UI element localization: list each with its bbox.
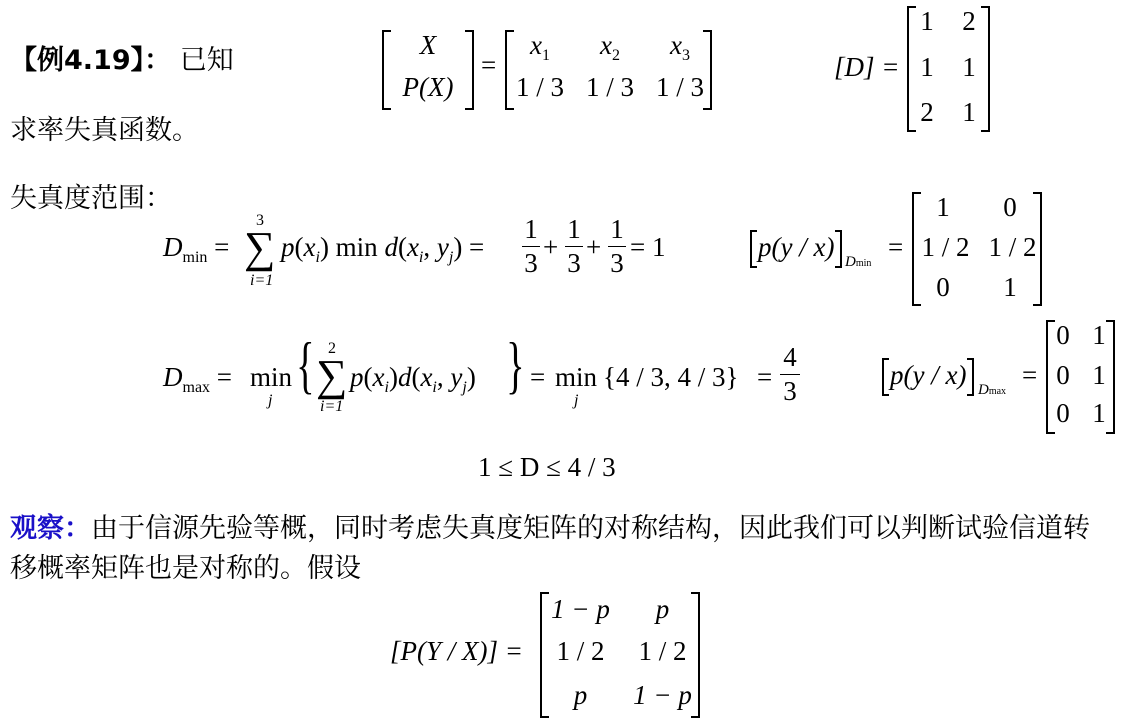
right-bracket bbox=[465, 30, 474, 110]
dmin-body: p(xi) min d(xi, yj) = bbox=[281, 232, 484, 267]
sum-symbol: ∑ bbox=[316, 350, 347, 401]
right-bracket bbox=[1106, 320, 1115, 434]
dmax-lhs: D bbox=[163, 362, 183, 392]
min-sub: j bbox=[268, 392, 272, 410]
sum-lower: i=1 bbox=[250, 272, 273, 290]
range-heading: 失真度范围： bbox=[10, 176, 172, 215]
observation-label: 观察： bbox=[10, 513, 91, 544]
numerator: 4 bbox=[780, 342, 800, 373]
matrix-cell: 1 bbox=[985, 272, 1035, 303]
right-bracket bbox=[1033, 192, 1042, 306]
dmin-result: = 1 bbox=[630, 232, 665, 263]
matrix-sub2: min bbox=[856, 258, 872, 269]
matrix-cell: 0 bbox=[1052, 320, 1074, 351]
matrix-sub: D bbox=[978, 382, 989, 398]
equals-sign: = bbox=[757, 362, 772, 393]
sum-lower: i=1 bbox=[320, 398, 343, 416]
matrix-cell: 0 bbox=[1052, 398, 1074, 429]
denominator: 3 bbox=[780, 376, 800, 407]
matrix-cell: 1 bbox=[954, 52, 984, 83]
matrix-cell: 0 bbox=[918, 272, 968, 303]
task-text: 求率失真函数。 bbox=[10, 108, 199, 147]
matrix-sub: D bbox=[845, 254, 856, 270]
matrix-cell: 1 − p bbox=[548, 594, 613, 625]
numerator: 1 bbox=[608, 214, 626, 245]
dmin-sub: min bbox=[183, 249, 208, 266]
matrix-cell: 1 bbox=[912, 52, 942, 83]
min-sub: j bbox=[574, 392, 578, 410]
fraction: 13 bbox=[522, 214, 540, 279]
matrix-cell: 1 / 2 bbox=[985, 232, 1040, 263]
dmax-sub: max bbox=[183, 379, 211, 396]
fraction: 13 bbox=[608, 214, 626, 279]
symbol-sub: 2 bbox=[612, 47, 620, 64]
plus: + bbox=[586, 232, 601, 263]
result-value: 1 bbox=[652, 232, 666, 262]
denominator: 3 bbox=[608, 248, 626, 279]
matrix-cell: 2 bbox=[954, 6, 984, 37]
symbol-sub: 3 bbox=[682, 47, 690, 64]
example-label: 【例4.19】 bbox=[10, 45, 144, 76]
symbol: x bbox=[670, 30, 682, 60]
matrix-cell: 0 bbox=[1052, 360, 1074, 391]
source-lhs-top: X bbox=[392, 30, 464, 61]
right-bracket bbox=[967, 358, 974, 396]
matrix-cell: 1 bbox=[912, 6, 942, 37]
denominator: 3 bbox=[565, 248, 583, 279]
equals-sign: = bbox=[888, 232, 903, 263]
matrix-cell: 1 bbox=[918, 192, 968, 223]
matrix-cell: 1 − p bbox=[630, 680, 695, 711]
dmax-values: {4 / 3, 4 / 3} bbox=[603, 362, 738, 393]
observation-line2: 移概率矩阵也是对称的。假设 bbox=[10, 546, 361, 585]
left-bracket bbox=[882, 358, 889, 396]
dmin-lhs: D bbox=[163, 232, 183, 262]
observation-line1: 观察：由于信源先验等概，同时考虑失真度矩阵的对称结构，因此我们可以判断试验信道转 bbox=[10, 506, 1090, 545]
matrix-cell: 0 bbox=[985, 192, 1035, 223]
sum-symbol: ∑ bbox=[244, 222, 275, 273]
right-bracket bbox=[835, 230, 842, 268]
matrix-cell: 2 bbox=[912, 97, 942, 128]
numerator: 1 bbox=[522, 214, 540, 245]
matrix-cell: p bbox=[548, 680, 613, 711]
plus: + bbox=[543, 232, 558, 263]
numerator: 1 bbox=[565, 214, 583, 245]
equals-sign: = bbox=[530, 362, 545, 393]
source-lhs-bottom: P(X) bbox=[392, 72, 464, 103]
symbol: x bbox=[600, 30, 612, 60]
right-brace: } bbox=[506, 328, 524, 402]
symbol: x bbox=[530, 30, 542, 60]
left-bracket bbox=[750, 230, 757, 268]
dmax-matrix-label: p(y / x) bbox=[890, 360, 966, 391]
matrix-cell: 1 bbox=[954, 97, 984, 128]
equals-sign: = bbox=[883, 52, 898, 83]
matrix-cell: p bbox=[630, 594, 695, 625]
dmax-body: p(xi)d(xi, yj) bbox=[350, 362, 476, 397]
example-heading: 【例4.19】： 已知 bbox=[10, 38, 234, 77]
range-result: 1 ≤ D ≤ 4 / 3 bbox=[478, 452, 616, 483]
heading-colon: ： bbox=[144, 45, 171, 76]
equals-sign: = bbox=[481, 50, 496, 81]
prob: 1 / 3 bbox=[650, 72, 710, 103]
denominator: 3 bbox=[522, 248, 540, 279]
right-bracket bbox=[691, 592, 700, 718]
matrix-sub2: max bbox=[989, 386, 1006, 397]
matrix-cell: 1 / 2 bbox=[630, 636, 695, 667]
right-bracket bbox=[981, 6, 990, 132]
symbol-sub: 1 bbox=[542, 47, 550, 64]
fraction: 13 bbox=[565, 214, 583, 279]
left-bracket bbox=[382, 30, 391, 110]
min-operator: min bbox=[555, 362, 597, 393]
dmax-fraction: 43 bbox=[780, 342, 800, 407]
min-operator: min bbox=[250, 362, 292, 393]
right-bracket bbox=[703, 30, 712, 110]
left-brace: { bbox=[296, 328, 314, 402]
prob: 1 / 3 bbox=[580, 72, 640, 103]
matrix-cell: 1 / 2 bbox=[918, 232, 973, 263]
equals-sign: = bbox=[1022, 360, 1037, 391]
known-text: 已知 bbox=[180, 45, 234, 76]
dmin-matrix-label: p(y / x) bbox=[758, 232, 834, 263]
channel-matrix-label: [P(Y / X)] = bbox=[390, 636, 523, 667]
distortion-label: [D] bbox=[834, 52, 875, 83]
matrix-cell: 1 / 2 bbox=[548, 636, 613, 667]
observation-text: 由于信源先验等概，同时考虑失真度矩阵的对称结构，因此我们可以判断试验信道转 bbox=[91, 513, 1090, 544]
prob: 1 / 3 bbox=[510, 72, 570, 103]
